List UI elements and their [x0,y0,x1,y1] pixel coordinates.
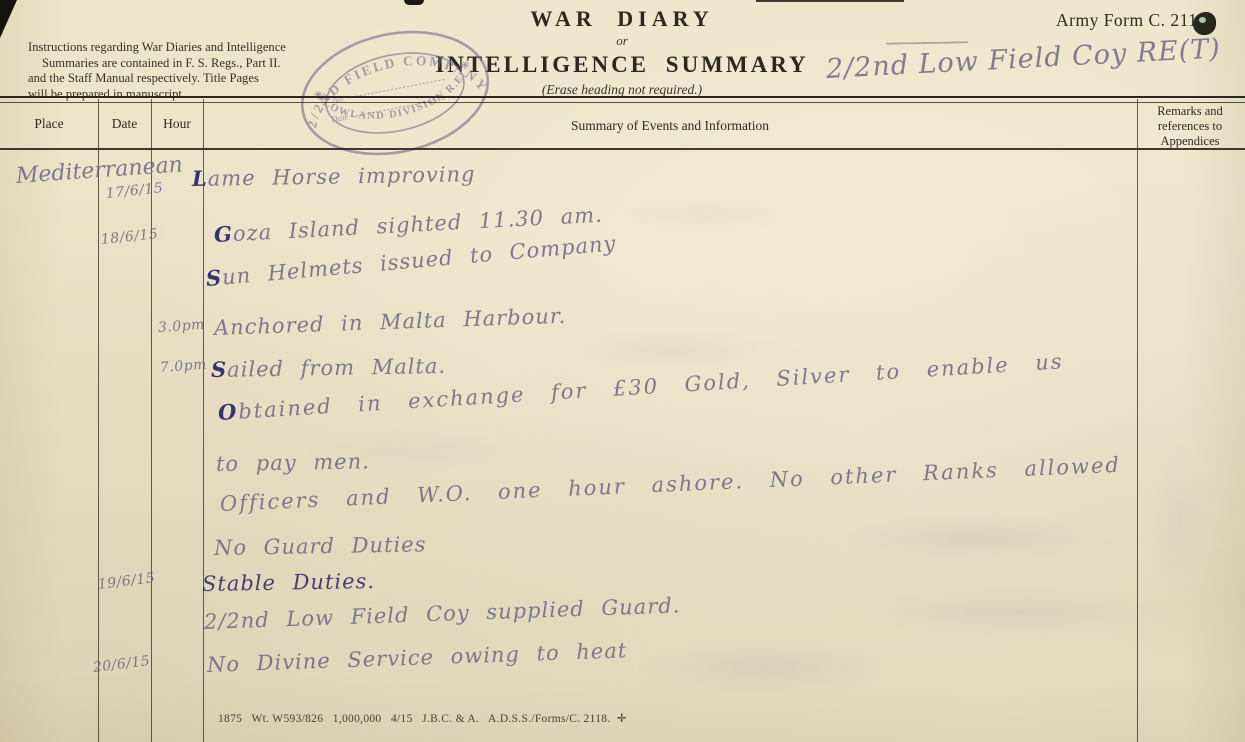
column-divider-summary-remarks [1137,99,1138,742]
date-entry: 20/6/15 [92,653,151,676]
scan-corner-mark [0,0,17,38]
war-diary-page: WAR DIARY or INTELLIGENCE SUMMARY (Erase… [0,0,1245,742]
instructions-block: Instructions regarding War Diaries and I… [28,40,330,102]
stamp-no-label: No. [330,93,346,106]
punch-hole [1193,12,1216,35]
date-entry: 19/6/15 [97,570,156,593]
diary-line: Lame Horse improving [192,161,476,191]
diary-line: to pay men. [216,449,370,476]
pencil-dash-mark [886,41,968,44]
diary-line: 2/2nd Low Field Coy supplied Guard. [204,593,681,634]
column-header-remarks: Remarks and references to Appendices [1140,104,1240,148]
column-header-place: Place [0,116,98,132]
diary-line: No Guard Duties [214,532,427,560]
column-header-hour: Hour [151,116,203,132]
punch-hole-speck [1199,17,1206,23]
header-rule-inner [0,102,1245,103]
header-rule-top [0,96,1245,98]
printers-imprint: 1875 Wt. W593/826 1,000,000 4/15 J.B.C. … [218,711,627,725]
instructions-line: Summaries are contained in F. S. Regs., … [28,56,330,72]
instructions-line: will be prepared in manuscript. [28,87,330,103]
date-entry: 17/6/15 [105,180,164,202]
diary-line: Stable Duties. [202,569,375,596]
column-header-date: Date [98,116,151,132]
diary-line: No Divine Service owing to heat [207,638,628,677]
diary-line: Anchored in Malta Harbour. [214,304,567,340]
hour-entry: 3.0pm [157,317,205,336]
column-divider-place-date [98,99,99,742]
ink-bleedthrough [620,200,800,230]
unit-annotation: 2/2nd Low Field Coy RE(T) [825,33,1221,85]
instructions-line: and the Staff Manual respectively. Title… [28,71,330,87]
scan-edge-mark [404,0,424,5]
diary-line: Sailed from Malta. [211,353,446,382]
ink-bleedthrough [1150,440,1210,600]
ink-bleedthrough [630,640,900,695]
column-header-summary: Summary of Events and Information [203,118,1137,134]
hour-entry: 7.0pm [159,357,207,376]
scan-edge-mark [756,0,904,2]
header-rule-bottom [0,148,1245,150]
unit-rubber-stamp: 2/2ND FIELD COMPANY ✳ LOWLAND DIVISION R… [285,11,505,175]
column-divider-hour-summary [203,99,204,742]
ink-bleedthrough [560,330,790,370]
army-form-number: Army Form C. 2118 [1056,10,1207,31]
ink-bleedthrough [855,588,1155,636]
ink-bleedthrough [840,515,1110,561]
